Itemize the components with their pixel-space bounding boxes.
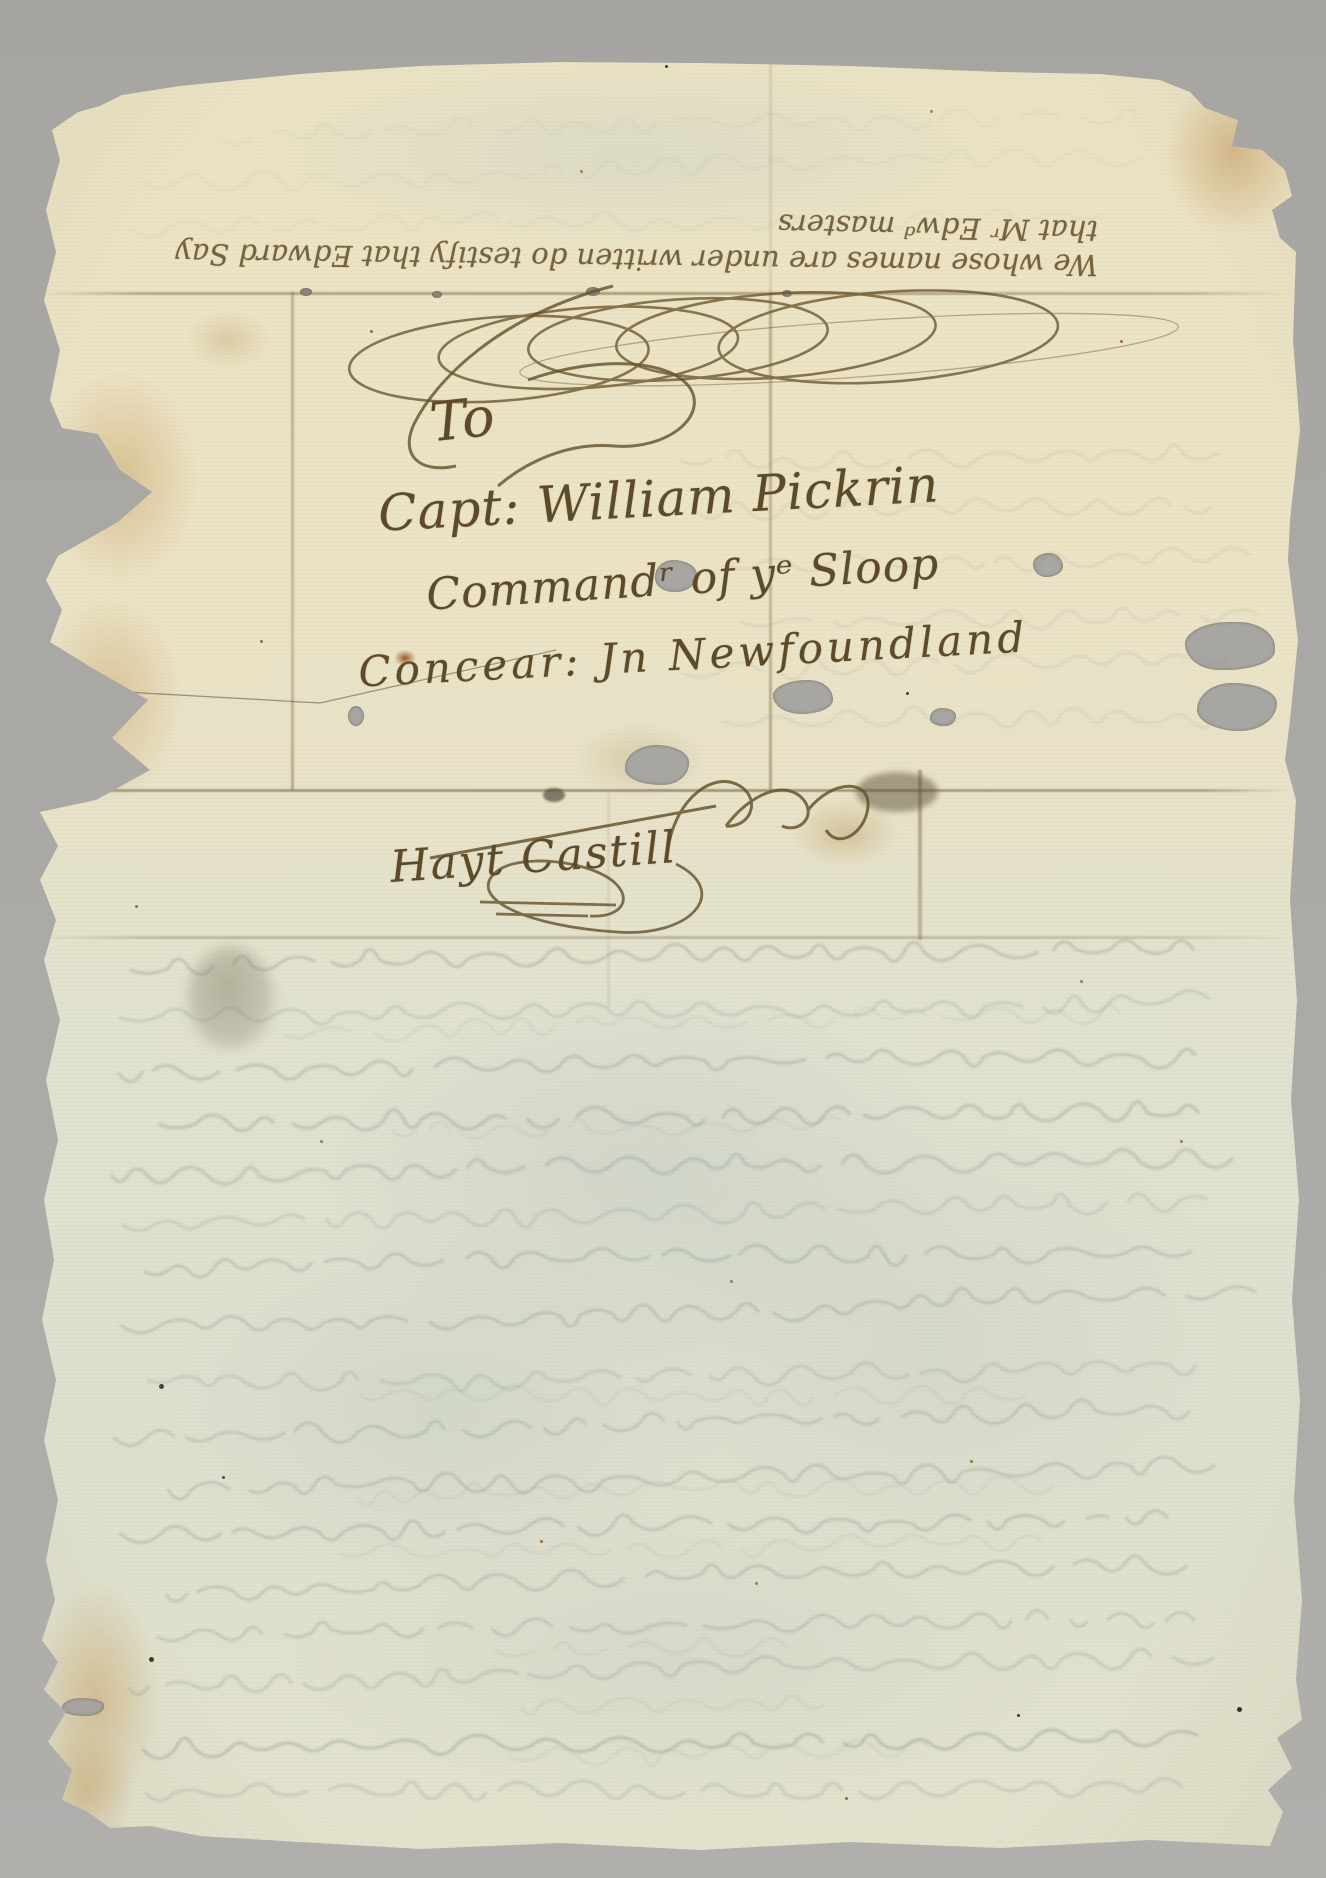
paper-hole (625, 745, 689, 785)
inverted-note-line-short: that Mʳ Edwᵈ masters (688, 206, 1099, 249)
paper-hole (773, 680, 833, 714)
address-line-1: Capt: William Pickrin (377, 455, 941, 542)
foxing-specks (28, 58, 31, 61)
paper-hole (1033, 553, 1063, 577)
horizontal-fold-crease (40, 789, 1290, 792)
to-swash (409, 286, 694, 486)
paper-hole (348, 706, 364, 726)
manuscript-paper-sheet: To Capt: William Pickrin Commandʳ of yᵉ … (28, 58, 1302, 1850)
docket-signature: Hayt Castill (389, 822, 679, 893)
vertical-fold-crease (291, 292, 294, 790)
paper-hole (586, 287, 600, 296)
dirt-smudge (188, 948, 273, 1048)
paper-hole (62, 1698, 104, 1716)
paper-hole (930, 708, 956, 726)
paper-hole (782, 290, 792, 297)
vertical-fold-crease (769, 292, 772, 790)
photographed-manuscript-scene: To Capt: William Pickrin Commandʳ of yᵉ … (0, 0, 1326, 1878)
calligraphic-flourish (28, 58, 1302, 1850)
horizontal-fold-crease (42, 292, 1286, 295)
paper-hole (300, 288, 312, 296)
vertical-fold-crease (607, 793, 610, 1008)
address-line-2: Commandʳ of yᵉ Sloop (425, 538, 941, 620)
horizontal-fold-crease (38, 936, 1292, 939)
address-salutation: To (427, 385, 498, 454)
paper-hole (1185, 622, 1275, 670)
paper-hole (432, 291, 442, 298)
ink-show-through (28, 58, 1302, 1850)
paper-hole (1197, 683, 1277, 731)
address-line-3: Concear: Jn Newfoundland (357, 612, 1029, 696)
ink-smudge (543, 788, 565, 802)
vertical-fold-crease (918, 770, 922, 940)
ink-smudge (856, 772, 938, 812)
